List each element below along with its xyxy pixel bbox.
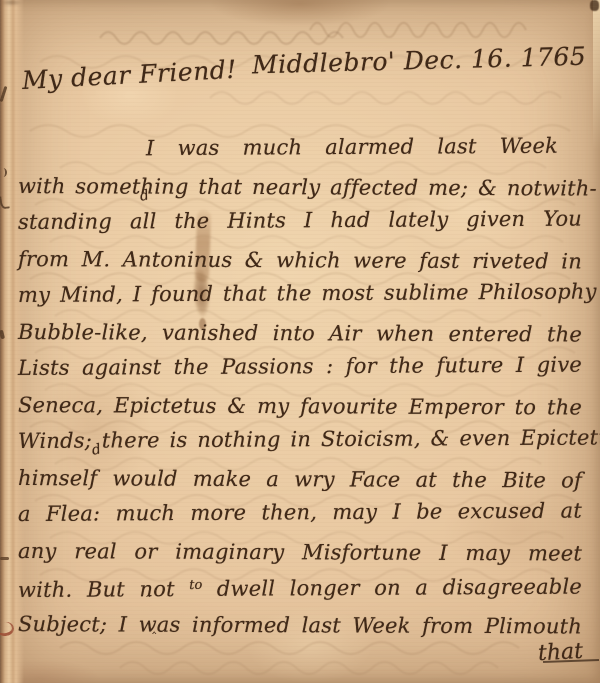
- edge-ink-mark: [0, 557, 9, 560]
- caret-mark: ‸: [146, 583, 150, 598]
- caret-mark: ‸: [152, 620, 156, 635]
- letter-line: a Flea: much more then, may I be excused…: [18, 493, 582, 533]
- inserted-word: to: [189, 578, 202, 593]
- letter-page: Middlebro' Dec. 16. 1765 My dear Friend!…: [0, 0, 600, 683]
- letter-line: I was much alarmed last Week: [18, 128, 582, 168]
- letter-line: Lists against the Passions : for the fut…: [18, 347, 582, 387]
- letter-line: Subject; I was informed last Week from P…: [18, 606, 582, 645]
- dateline: Middlebro' Dec. 16. 1765: [251, 42, 586, 80]
- letter-line: my Mind, I found that the most sublime P…: [18, 274, 582, 314]
- letter-body: I was much alarmed last Week with someth…: [18, 131, 582, 642]
- edge-ink-mark: [0, 195, 10, 209]
- letter-line: standing all the Hints I had lately give…: [18, 201, 582, 241]
- letter-line-with-insertion: with. But not to dwell longer on a disag…: [18, 566, 582, 606]
- page-edge-highlight: [593, 0, 600, 150]
- letter-line: Winds; there is nothing in Stoicism, & e…: [18, 420, 582, 460]
- salutation: My dear Friend!: [21, 55, 237, 95]
- line-segment: with. But not: [18, 577, 175, 602]
- edge-ink-mark: [0, 168, 7, 177]
- line-segment: dwell longer on a disagreeable: [217, 575, 582, 601]
